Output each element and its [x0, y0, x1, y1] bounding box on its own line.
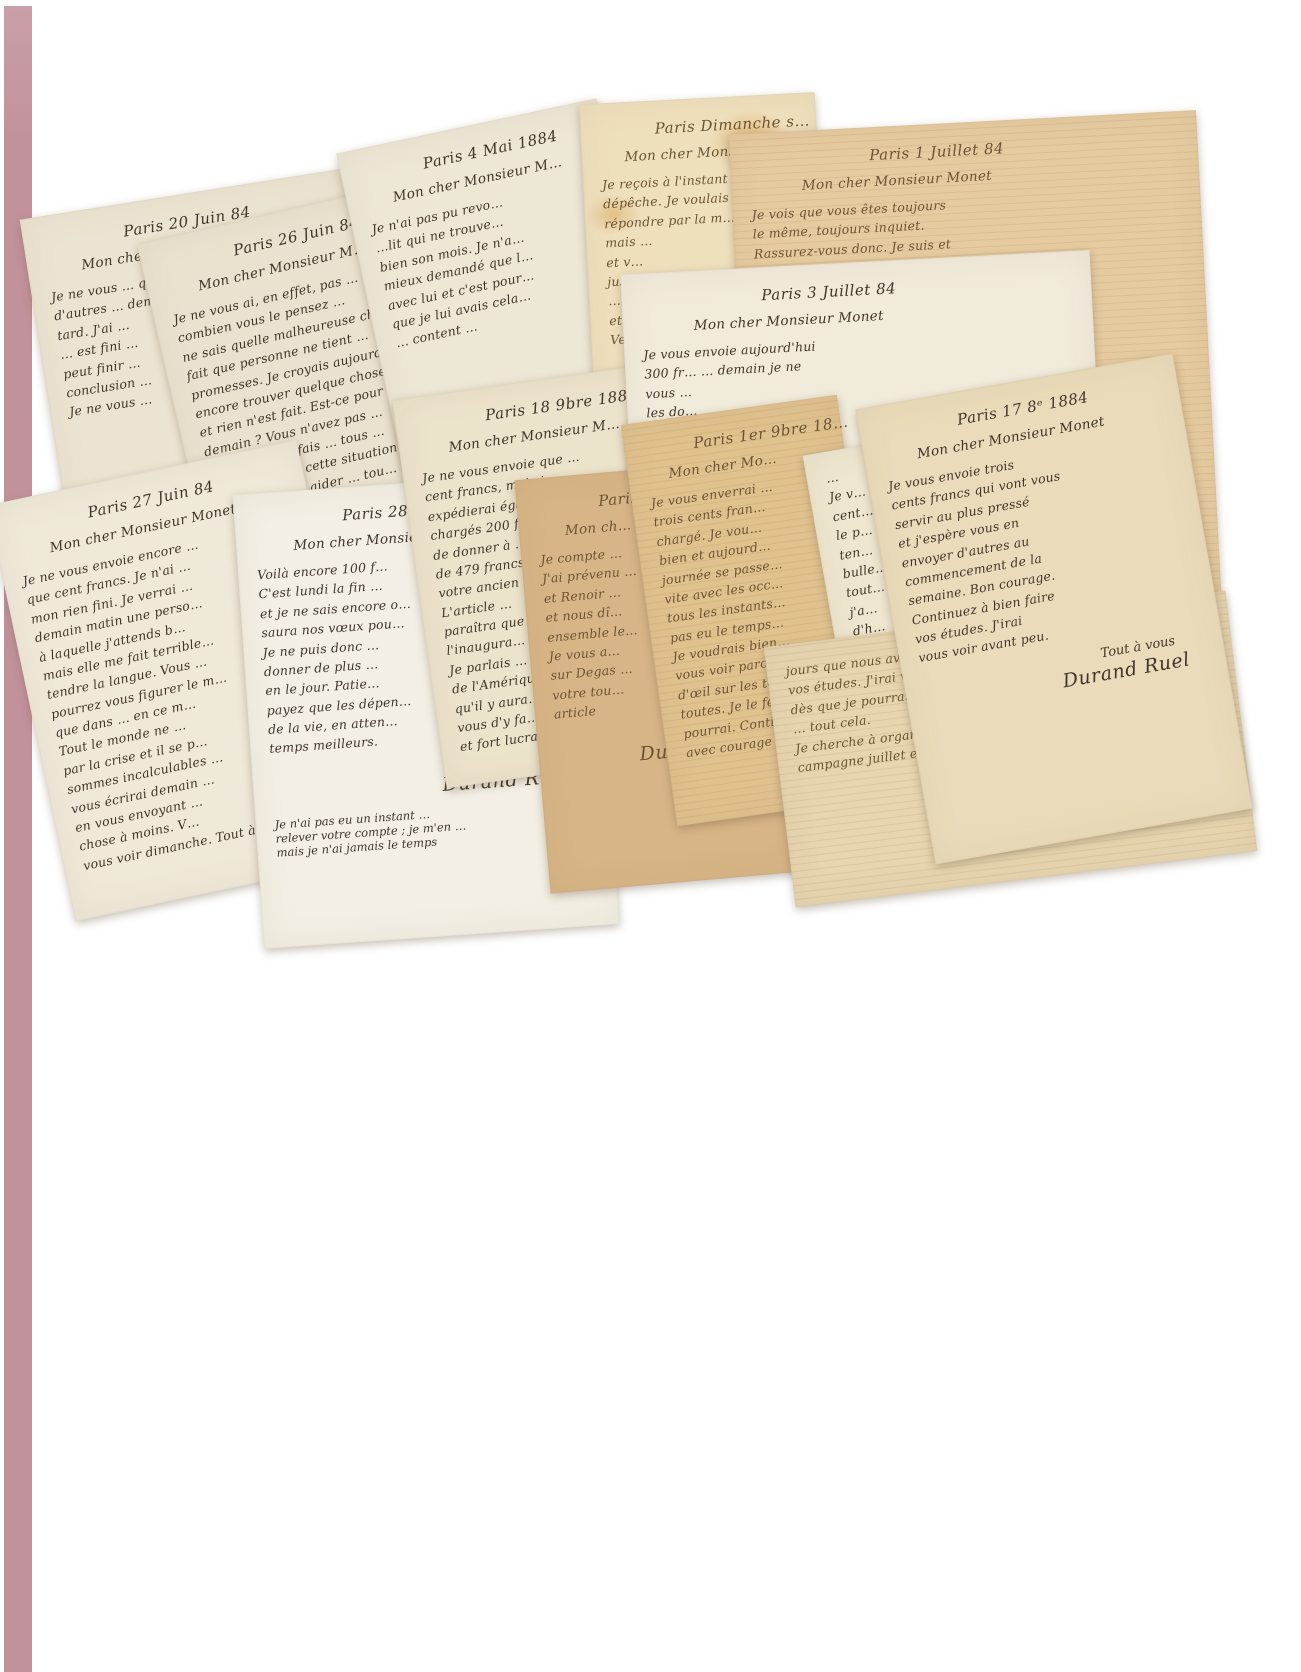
letter-body: Je vous envoie trois cents francs qui vo… — [887, 428, 1200, 668]
letter-date: Paris 1 Juillet 84 — [869, 130, 1173, 164]
letters-collage-photo: Paris 20 Juin 84 Mon cher Monsieur … Je … — [0, 0, 1301, 1672]
letter-date: Paris 3 Juillet 84 — [761, 270, 1067, 304]
